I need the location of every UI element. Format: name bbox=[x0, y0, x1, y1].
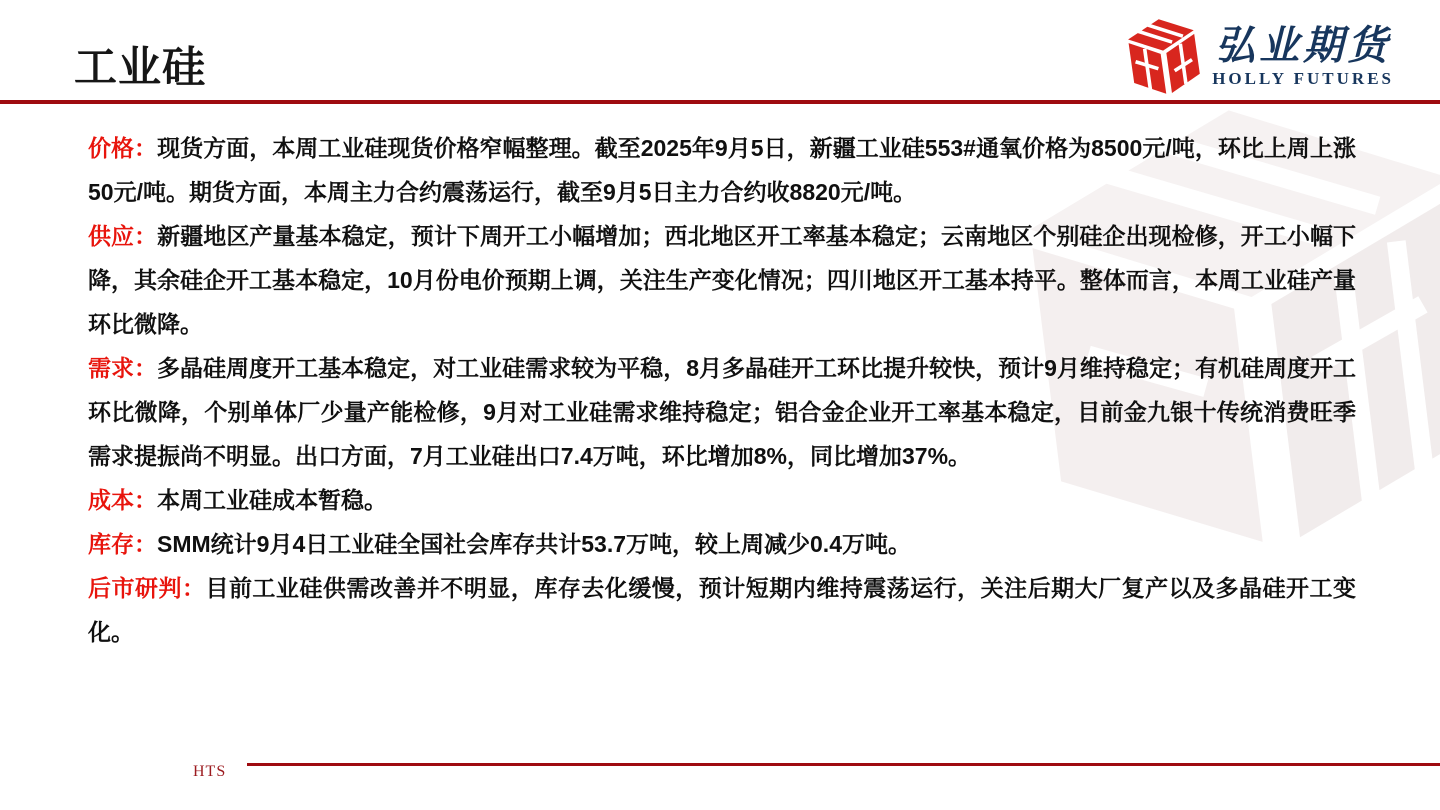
paragraph-text: 现货方面，本周工业硅现货价格窄幅整理。截至2025年9月5日，新疆工业硅553#… bbox=[88, 135, 1356, 205]
report-paragraph-demand: 需求：多晶硅周度开工基本稳定，对工业硅需求较为平稳，8月多晶硅开工环比提升较快，… bbox=[88, 346, 1356, 478]
logo-text: 弘业期货 HOLLY FUTURES bbox=[1212, 25, 1394, 89]
page-title: 工业硅 bbox=[74, 34, 206, 95]
paragraph-text: SMM统计9月4日工业硅全国社会库存共计53.7万吨，较上周减少0.4万吨。 bbox=[157, 531, 911, 557]
logo-cube-icon bbox=[1128, 16, 1200, 98]
paragraph-label: 成本： bbox=[88, 487, 157, 513]
company-logo: 弘业期货 HOLLY FUTURES bbox=[1128, 16, 1394, 98]
report-paragraph-price: 价格：现货方面，本周工业硅现货价格窄幅整理。截至2025年9月5日，新疆工业硅5… bbox=[88, 126, 1356, 214]
report-paragraph-inventory: 库存：SMM统计9月4日工业硅全国社会库存共计53.7万吨，较上周减少0.4万吨… bbox=[88, 522, 1356, 566]
footer-hts-label: HTS bbox=[193, 763, 226, 781]
paragraph-label: 库存： bbox=[88, 531, 157, 557]
paragraph-label: 供应： bbox=[88, 223, 157, 249]
logo-brand-cn: 弘业期货 bbox=[1215, 25, 1391, 67]
report-slide: 工业硅 弘业期货 HOLLY FUTURES 价格：现货方面，本周工业硅现货价格… bbox=[0, 0, 1440, 810]
paragraph-label: 后市研判： bbox=[88, 575, 205, 601]
footer-divider bbox=[247, 763, 1440, 766]
logo-brand-en: HOLLY FUTURES bbox=[1212, 69, 1394, 89]
paragraph-text: 新疆地区产量基本稳定，预计下周开工小幅增加；西北地区开工率基本稳定；云南地区个别… bbox=[88, 223, 1356, 337]
paragraph-text: 本周工业硅成本暂稳。 bbox=[157, 487, 387, 513]
header-divider bbox=[0, 100, 1440, 104]
report-content: 价格：现货方面，本周工业硅现货价格窄幅整理。截至2025年9月5日，新疆工业硅5… bbox=[88, 126, 1356, 654]
paragraph-label: 价格： bbox=[88, 135, 157, 161]
report-paragraph-outlook: 后市研判：目前工业硅供需改善并不明显，库存去化缓慢，预计短期内维持震荡运行，关注… bbox=[88, 566, 1356, 654]
report-paragraph-cost: 成本：本周工业硅成本暂稳。 bbox=[88, 478, 1356, 522]
paragraph-text: 多晶硅周度开工基本稳定，对工业硅需求较为平稳，8月多晶硅开工环比提升较快，预计9… bbox=[88, 355, 1356, 469]
paragraph-label: 需求： bbox=[88, 355, 157, 381]
paragraph-text: 目前工业硅供需改善并不明显，库存去化缓慢，预计短期内维持震荡运行，关注后期大厂复… bbox=[88, 575, 1356, 645]
report-paragraph-supply: 供应：新疆地区产量基本稳定，预计下周开工小幅增加；西北地区开工率基本稳定；云南地… bbox=[88, 214, 1356, 346]
